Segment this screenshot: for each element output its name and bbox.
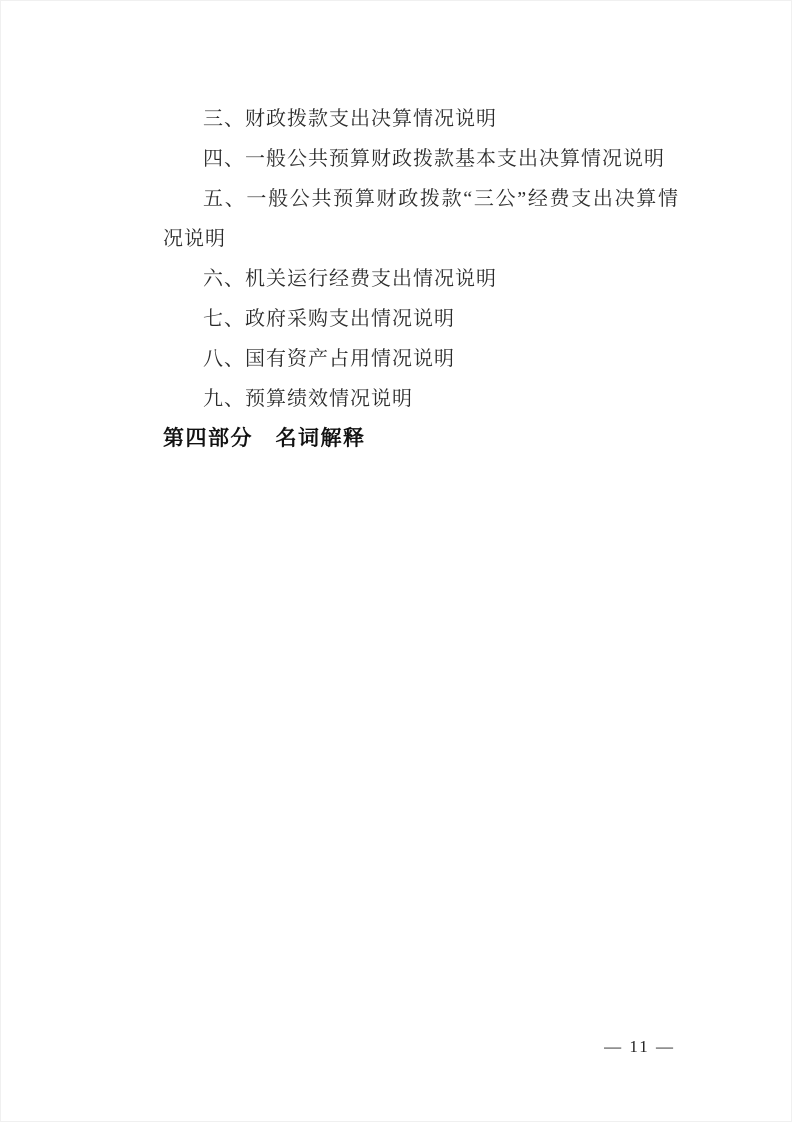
toc-item-9: 九、预算绩效情况说明 <box>163 379 679 419</box>
toc-item-7: 七、政府采购支出情况说明 <box>163 299 679 339</box>
toc-item-4: 四、一般公共预算财政拨款基本支出决算情况说明 <box>163 139 679 179</box>
toc-item-6: 六、机关运行经费支出情况说明 <box>163 259 679 299</box>
toc-item-8: 八、国有资产占用情况说明 <box>163 339 679 379</box>
section-heading-part4: 第四部分 名词解释 <box>163 419 679 459</box>
document-page: 三、财政拨款支出决算情况说明 四、一般公共预算财政拨款基本支出决算情况说明 五、… <box>0 0 792 1122</box>
toc-item-3: 三、财政拨款支出决算情况说明 <box>163 99 679 139</box>
toc-item-5: 五、一般公共预算财政拨款“三公”经费支出决算情况说明 <box>163 179 679 259</box>
page-number: — 11 — <box>1 1037 675 1057</box>
toc-section: 三、财政拨款支出决算情况说明 四、一般公共预算财政拨款基本支出决算情况说明 五、… <box>163 99 679 459</box>
